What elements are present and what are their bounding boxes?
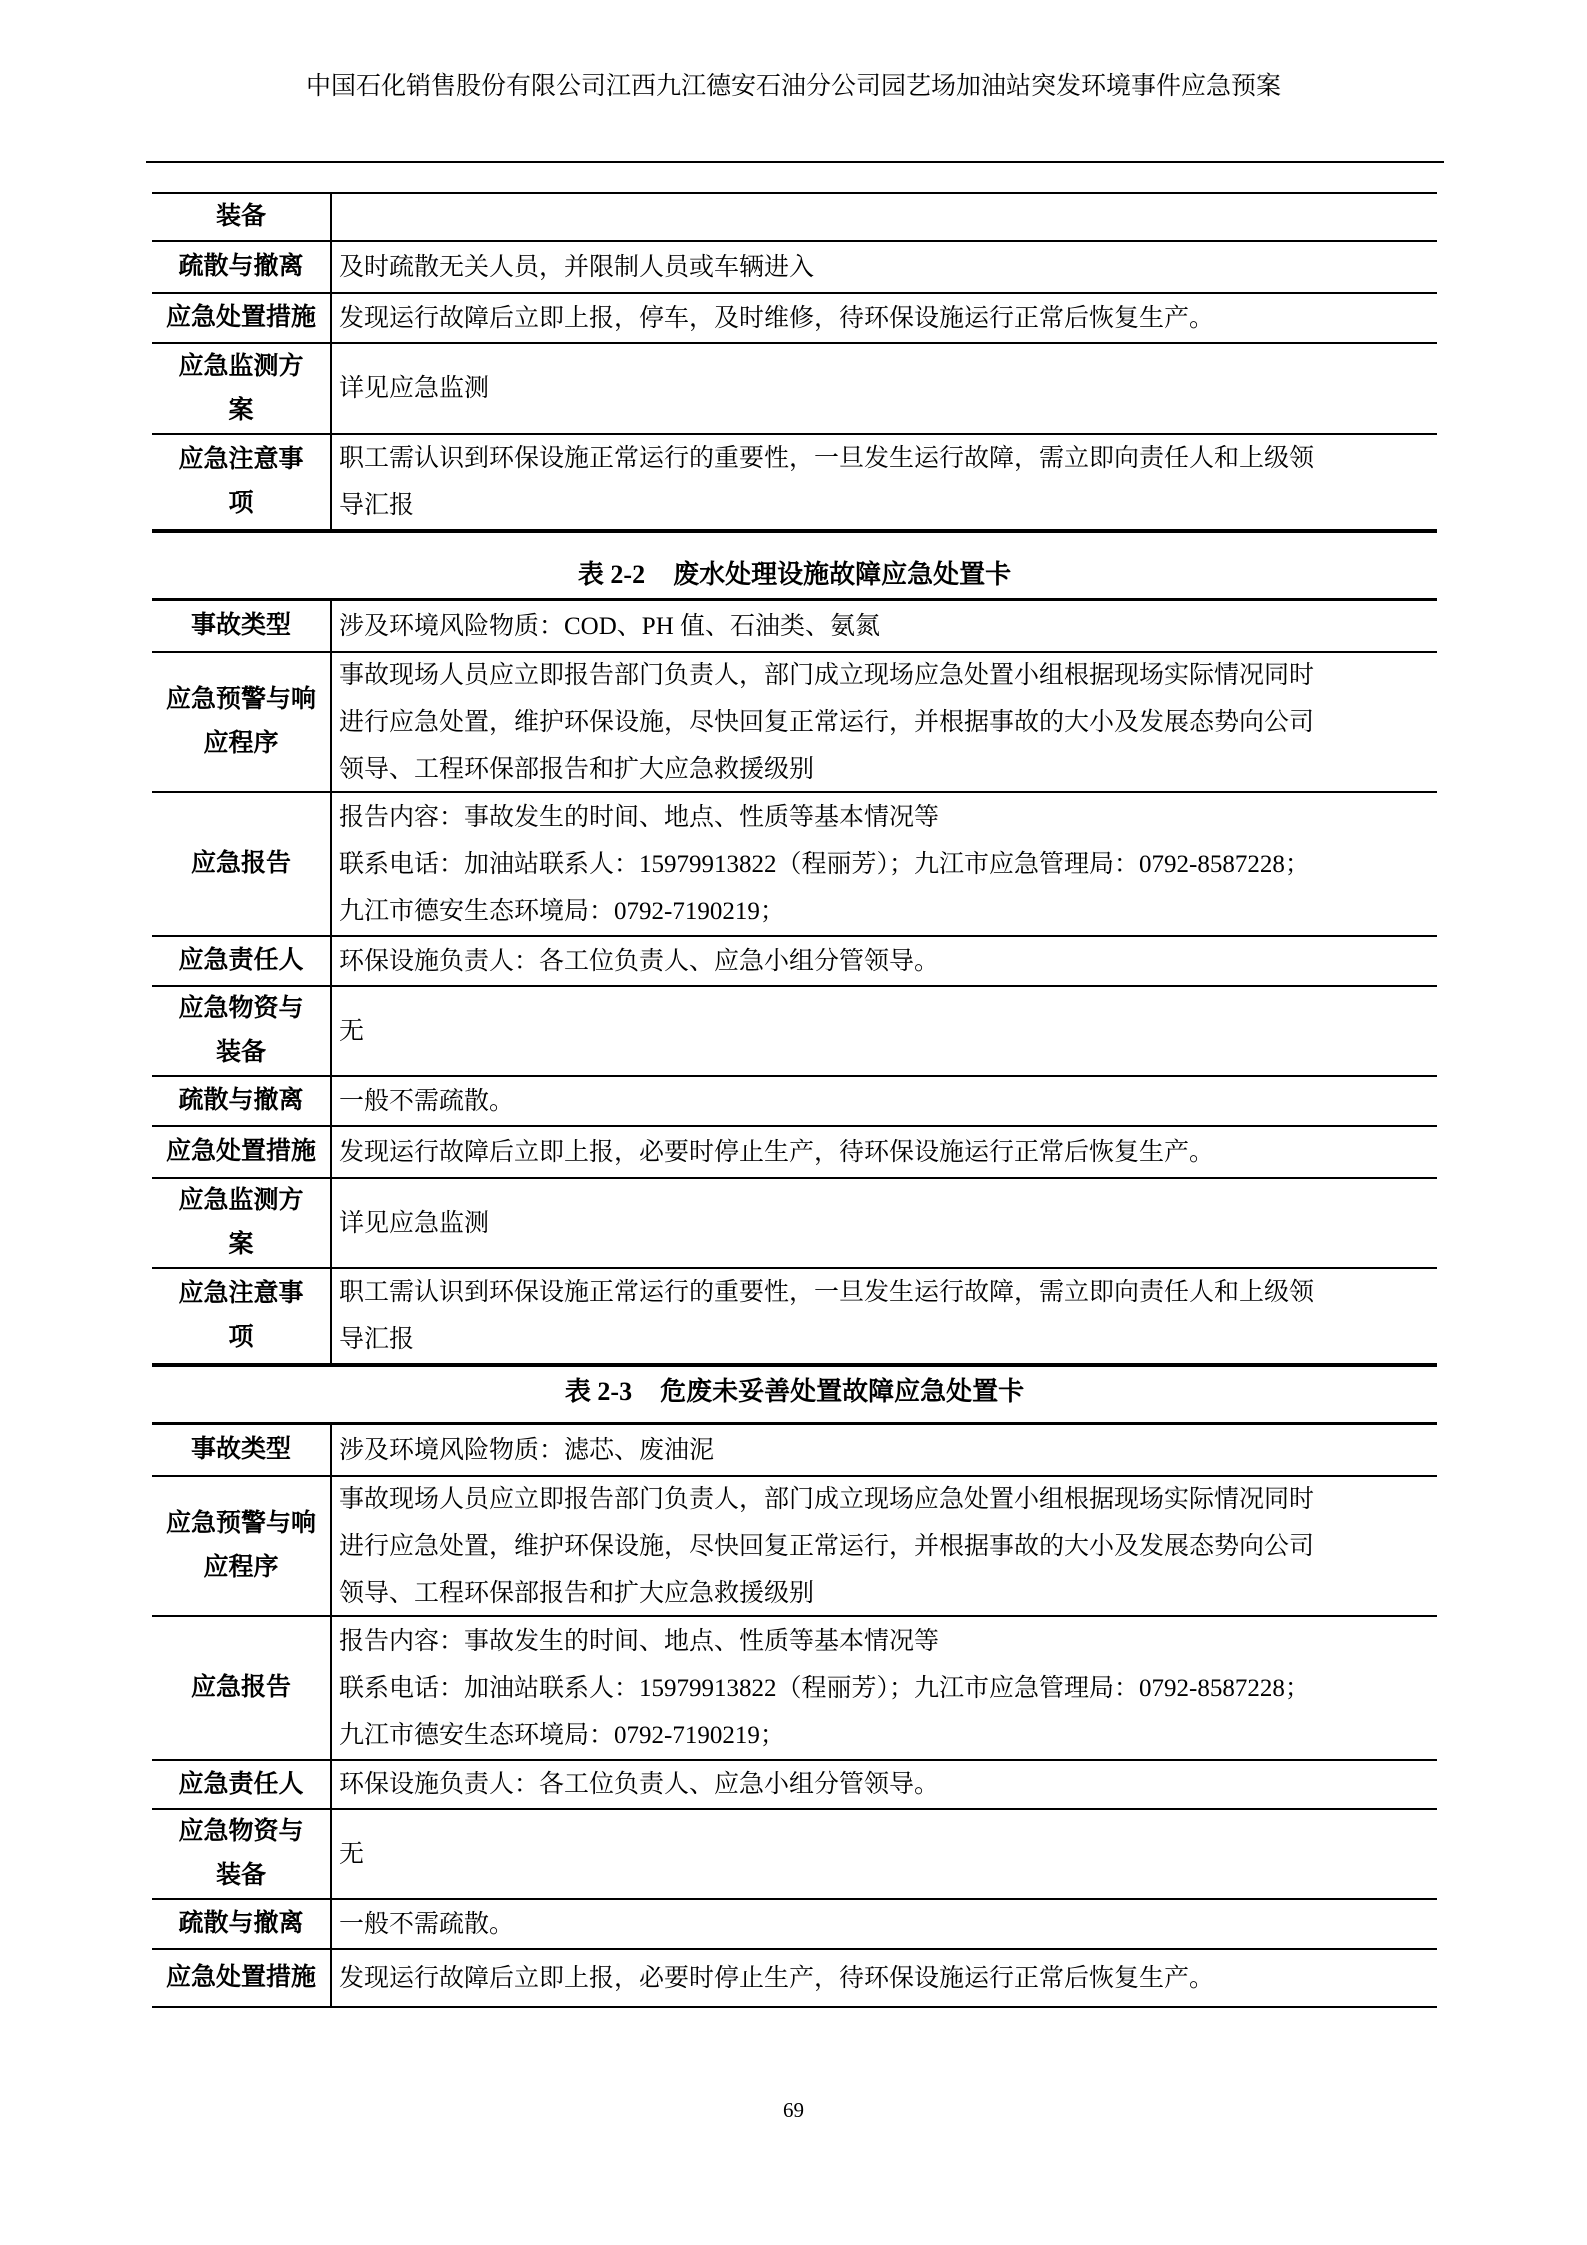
row-content-cell: 发现运行故障后立即上报，必要时停止生产，待环保设施运行正常后恢复生产。 bbox=[332, 1950, 1437, 2006]
table-row: 应急预警与响 应程序事故现场人员应立即报告部门负责人，部门成立现场应急处置小组根… bbox=[152, 653, 1437, 793]
row-label-cell: 应急处置措施 bbox=[152, 1127, 332, 1177]
table-row: 应急责任人环保设施负责人：各工位负责人、应急小组分管领导。 bbox=[152, 1761, 1437, 1810]
table-row: 事故类型涉及环境风险物质：滤芯、废油泥 bbox=[152, 1425, 1437, 1477]
table-row: 应急处置措施发现运行故障后立即上报，停车，及时维修，待环保设施运行正常后恢复生产… bbox=[152, 294, 1437, 344]
row-label-cell: 应急监测方 案 bbox=[152, 344, 332, 433]
table-2-2-caption: 表 2-2废水处理设施故障应急处置卡 bbox=[152, 560, 1437, 590]
table-row: 应急物资与 装备无 bbox=[152, 987, 1437, 1077]
row-content-cell: 详见应急监测 bbox=[332, 1179, 1437, 1267]
table-row: 疏散与撤离及时疏散无关人员，并限制人员或车辆进入 bbox=[152, 242, 1437, 294]
table-row: 应急注意事 项职工需认识到环保设施正常运行的重要性，一旦发生运行故障，需立即向责… bbox=[152, 435, 1437, 529]
table-2-3-caption-title: 危废未妥善处置故障应急处置卡 bbox=[660, 1377, 1024, 1406]
row-label-cell: 装备 bbox=[152, 194, 332, 240]
row-content-cell: 发现运行故障后立即上报，停车，及时维修，待环保设施运行正常后恢复生产。 bbox=[332, 294, 1437, 342]
row-label-cell: 应急物资与 装备 bbox=[152, 987, 332, 1075]
row-content-cell: 事故现场人员应立即报告部门负责人，部门成立现场应急处置小组根据现场实际情况同时 … bbox=[332, 653, 1437, 791]
table-response-card-continued: 装备疏散与撤离及时疏散无关人员，并限制人员或车辆进入应急处置措施发现运行故障后立… bbox=[152, 192, 1437, 533]
table-row: 应急监测方 案详见应急监测 bbox=[152, 344, 1437, 435]
row-label-cell: 应急注意事 项 bbox=[152, 1269, 332, 1363]
document-page: 中国石化销售股份有限公司江西九江德安石油分公司园艺场加油站突发环境事件应急预案 … bbox=[0, 0, 1587, 2245]
row-label-cell: 疏散与撤离 bbox=[152, 242, 332, 292]
row-content-cell: 事故现场人员应立即报告部门负责人，部门成立现场应急处置小组根据现场实际情况同时 … bbox=[332, 1477, 1437, 1615]
row-label-cell: 事故类型 bbox=[152, 1425, 332, 1475]
table-row: 应急报告报告内容：事故发生的时间、地点、性质等基本情况等 联系电话：加油站联系人… bbox=[152, 793, 1437, 937]
row-label-cell: 应急预警与响 应程序 bbox=[152, 1477, 332, 1615]
table-row: 应急报告报告内容：事故发生的时间、地点、性质等基本情况等 联系电话：加油站联系人… bbox=[152, 1617, 1437, 1761]
table-row: 应急监测方 案详见应急监测 bbox=[152, 1179, 1437, 1269]
row-content-cell: 详见应急监测 bbox=[332, 344, 1437, 433]
table-row: 疏散与撤离一般不需疏散。 bbox=[152, 1900, 1437, 1950]
row-label-cell: 疏散与撤离 bbox=[152, 1900, 332, 1948]
row-content-cell: 环保设施负责人：各工位负责人、应急小组分管领导。 bbox=[332, 1761, 1437, 1808]
row-label-cell: 应急物资与 装备 bbox=[152, 1810, 332, 1898]
table-hazardous-waste-improper-disposal-card: 事故类型涉及环境风险物质：滤芯、废油泥应急预警与响 应程序事故现场人员应立即报告… bbox=[152, 1422, 1437, 2008]
row-content-cell: 及时疏散无关人员，并限制人员或车辆进入 bbox=[332, 242, 1437, 292]
row-label-cell: 应急处置措施 bbox=[152, 1950, 332, 2006]
header-divider-line bbox=[146, 161, 1444, 163]
row-content-cell: 报告内容：事故发生的时间、地点、性质等基本情况等 联系电话：加油站联系人：159… bbox=[332, 793, 1437, 935]
table-row: 应急处置措施发现运行故障后立即上报，必要时停止生产，待环保设施运行正常后恢复生产… bbox=[152, 1127, 1437, 1179]
row-content-cell: 一般不需疏散。 bbox=[332, 1077, 1437, 1125]
row-content-cell: 无 bbox=[332, 987, 1437, 1075]
row-content-cell: 报告内容：事故发生的时间、地点、性质等基本情况等 联系电话：加油站联系人：159… bbox=[332, 1617, 1437, 1759]
row-label-cell: 应急报告 bbox=[152, 793, 332, 935]
table-row: 装备 bbox=[152, 194, 1437, 242]
document-header-title: 中国石化销售股份有限公司江西九江德安石油分公司园艺场加油站突发环境事件应急预案 bbox=[0, 72, 1587, 102]
row-label-cell: 应急注意事 项 bbox=[152, 435, 332, 529]
row-label-cell: 应急责任人 bbox=[152, 1761, 332, 1808]
table-2-2-caption-title: 废水处理设施故障应急处置卡 bbox=[673, 560, 1011, 589]
table-2-3-caption: 表 2-3危废未妥善处置故障应急处置卡 bbox=[152, 1377, 1437, 1407]
row-content-cell: 涉及环境风险物质：滤芯、废油泥 bbox=[332, 1425, 1437, 1475]
row-content-cell: 职工需认识到环保设施正常运行的重要性，一旦发生运行故障，需立即向责任人和上级领 … bbox=[332, 435, 1437, 529]
table-2-3-caption-number: 表 2-3 bbox=[565, 1377, 632, 1406]
row-content-cell: 一般不需疏散。 bbox=[332, 1900, 1437, 1948]
row-content-cell: 发现运行故障后立即上报，必要时停止生产，待环保设施运行正常后恢复生产。 bbox=[332, 1127, 1437, 1177]
row-label-cell: 应急处置措施 bbox=[152, 294, 332, 342]
table-wastewater-facility-failure-card: 事故类型涉及环境风险物质：COD、PH 值、石油类、氨氮应急预警与响 应程序事故… bbox=[152, 598, 1437, 1367]
row-content-cell: 职工需认识到环保设施正常运行的重要性，一旦发生运行故障，需立即向责任人和上级领 … bbox=[332, 1269, 1437, 1363]
row-label-cell: 应急预警与响 应程序 bbox=[152, 653, 332, 791]
table-row: 应急处置措施发现运行故障后立即上报，必要时停止生产，待环保设施运行正常后恢复生产… bbox=[152, 1950, 1437, 2006]
row-content-cell: 环保设施负责人：各工位负责人、应急小组分管领导。 bbox=[332, 937, 1437, 985]
row-label-cell: 疏散与撤离 bbox=[152, 1077, 332, 1125]
row-label-cell: 事故类型 bbox=[152, 601, 332, 651]
table-2-2-caption-number: 表 2-2 bbox=[578, 560, 645, 589]
table-row: 事故类型涉及环境风险物质：COD、PH 值、石油类、氨氮 bbox=[152, 601, 1437, 653]
row-content-cell: 涉及环境风险物质：COD、PH 值、石油类、氨氮 bbox=[332, 601, 1437, 651]
table-row: 疏散与撤离一般不需疏散。 bbox=[152, 1077, 1437, 1127]
row-content-cell bbox=[332, 194, 1437, 240]
table-row: 应急物资与 装备无 bbox=[152, 1810, 1437, 1900]
page-number: 69 bbox=[0, 2098, 1587, 2123]
table-row: 应急预警与响 应程序事故现场人员应立即报告部门负责人，部门成立现场应急处置小组根… bbox=[152, 1477, 1437, 1617]
row-label-cell: 应急责任人 bbox=[152, 937, 332, 985]
row-label-cell: 应急监测方 案 bbox=[152, 1179, 332, 1267]
row-label-cell: 应急报告 bbox=[152, 1617, 332, 1759]
table-row: 应急注意事 项职工需认识到环保设施正常运行的重要性，一旦发生运行故障，需立即向责… bbox=[152, 1269, 1437, 1363]
row-content-cell: 无 bbox=[332, 1810, 1437, 1898]
table-row: 应急责任人环保设施负责人：各工位负责人、应急小组分管领导。 bbox=[152, 937, 1437, 987]
